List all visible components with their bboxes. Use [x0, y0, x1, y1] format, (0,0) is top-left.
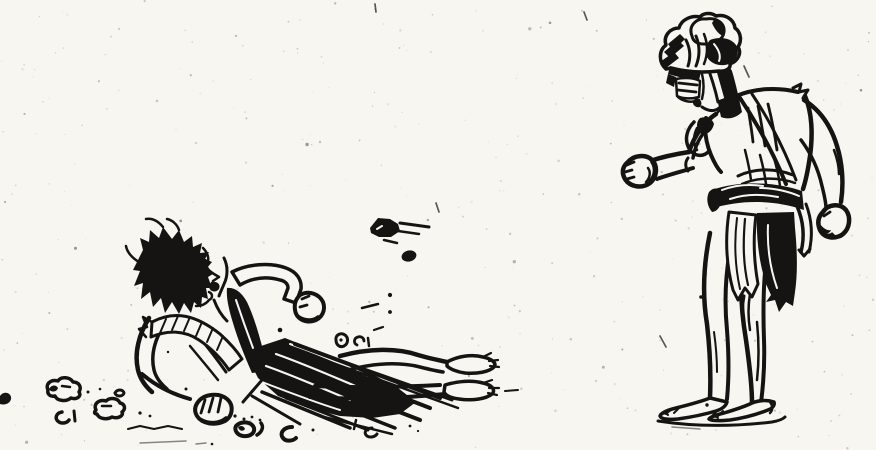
standing-figure-right-fist	[818, 205, 849, 237]
speck-dot	[705, 403, 708, 406]
speck-dot	[138, 411, 141, 414]
rock-cluster-a	[47, 378, 80, 401]
standing-figure-left-fist	[623, 156, 656, 186]
speck-dot	[417, 430, 419, 432]
speck-dot	[409, 425, 412, 428]
ink-fleck	[375, 4, 376, 12]
fallen-figure-ground-fist	[195, 395, 231, 424]
illustration-stage	[0, 0, 876, 450]
speck-dot	[259, 419, 262, 422]
speck-dot	[185, 388, 188, 391]
illustration-canvas	[0, 0, 876, 450]
speck-dot	[312, 429, 315, 432]
speck-dot	[149, 415, 152, 418]
speck-dot	[251, 416, 254, 419]
speck-dot	[699, 295, 703, 299]
speck-dot	[388, 310, 392, 314]
speck-dot	[233, 414, 236, 417]
speck-dot	[167, 351, 169, 353]
speck-dot	[388, 293, 392, 297]
speck-dot	[243, 418, 246, 421]
speck-dot	[87, 391, 90, 394]
speck-dot	[99, 388, 102, 391]
speck-dot	[211, 443, 214, 446]
speck-dot	[278, 328, 283, 333]
standing-figure-front-flap	[727, 212, 758, 300]
rock-cluster-c	[95, 399, 125, 419]
fallen-figure-raised-fist	[295, 293, 324, 322]
